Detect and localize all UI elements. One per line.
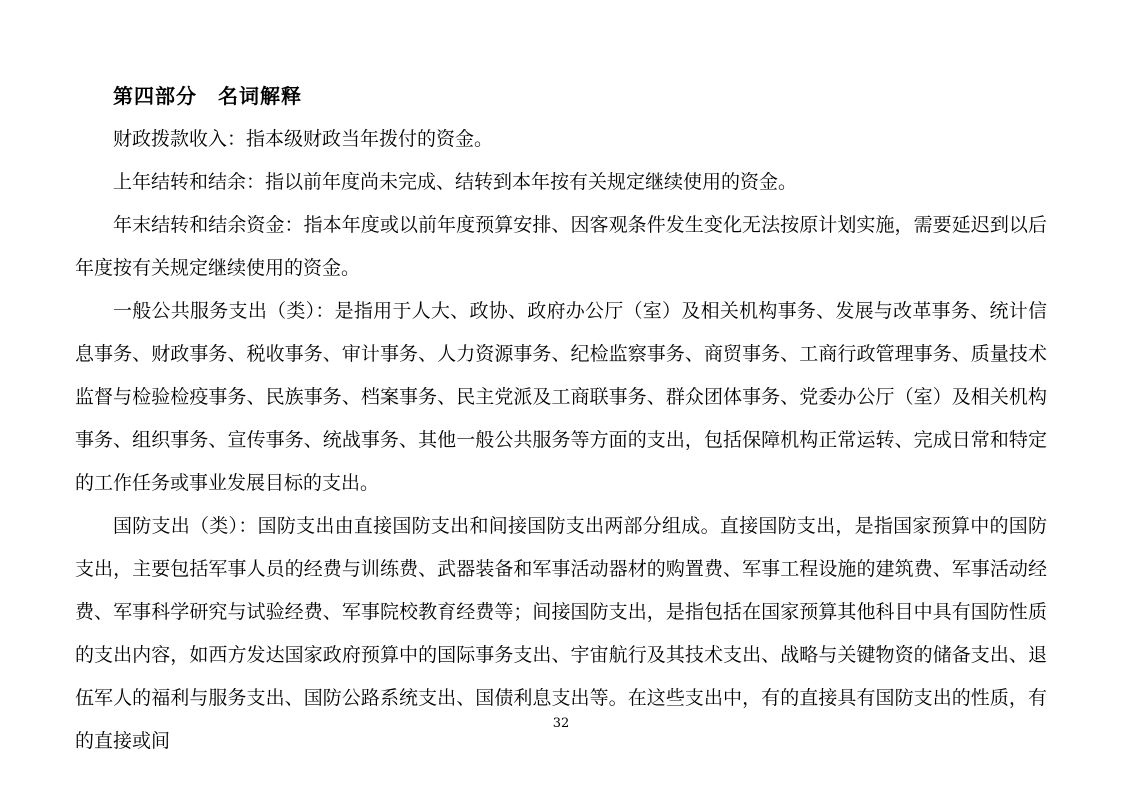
paragraph-prior-year-carryover: 上年结转和结余：指以前年度尚未完成、结转到本年按有关规定继续使用的资金。: [75, 161, 1047, 204]
paragraph-year-end-carryover-funds: 年末结转和结余资金：指本年度或以前年度预算安排、因客观条件发生变化无法按原计划实…: [75, 204, 1047, 290]
paragraph-fiscal-appropriation-income: 财政拨款收入：指本级财政当年拨付的资金。: [75, 118, 1047, 161]
paragraph-general-public-services-expenditure: 一般公共服务支出（类）：是指用于人大、政协、政府办公厅（室）及相关机构事务、发展…: [75, 290, 1047, 505]
document-page: 第四部分 名词解释 财政拨款收入：指本级财政当年拨付的资金。 上年结转和结余：指…: [0, 0, 1122, 793]
page-number: 32: [0, 716, 1122, 732]
document-body: 财政拨款收入：指本级财政当年拨付的资金。 上年结转和结余：指以前年度尚未完成、结…: [75, 118, 1047, 763]
section-title: 第四部分 名词解释: [113, 83, 302, 109]
